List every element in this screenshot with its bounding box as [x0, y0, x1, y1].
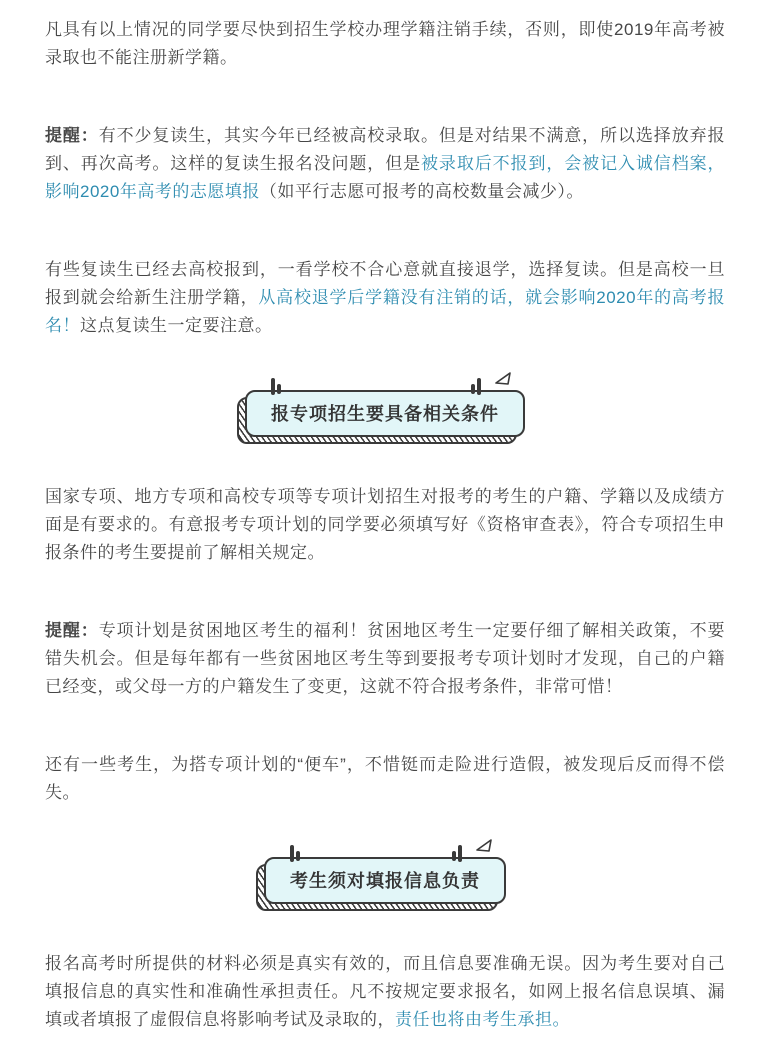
text-run-highlight: 责任也将由考生承担。 [395, 1010, 570, 1029]
paragraph-truthful-info-responsibility: 报名高考时所提供的材料必须是真实有效的，而且信息要准确无误。因为考生要对自己填报… [45, 950, 725, 1034]
paragraph-special-plan-requirements: 国家专项、地方专项和高校专项等专项计划招生对报考的考生的户籍、学籍以及成绩方面是… [45, 483, 725, 567]
paragraph-reminder-poor-area: 提醒：专项计划是贫困地区考生的福利！贫困地区考生一定要仔细了解相关政策，不要错失… [45, 617, 725, 701]
pin-bar-icon [277, 384, 281, 394]
section-banner-info-responsibility: 考生须对填报信息负责 [45, 857, 725, 904]
pin-left-icon [290, 845, 300, 862]
text-run-normal: 国家专项、地方专项和高校专项等专项计划招生对报考的考生的户籍、学籍以及成绩方面是… [45, 487, 725, 562]
banner-frame: 报专项招生要具备相关条件 [245, 390, 525, 437]
text-run-normal: （如平行志愿可报考的高校数量会减少）。 [260, 182, 584, 201]
pin-bar-icon [471, 384, 475, 394]
pin-right-icon [471, 378, 481, 395]
paragraph-fraud-warning: 还有一些考生，为搭专项计划的“便车”，不惜铤而走险进行造假，被发现后反而得不偿失… [45, 751, 725, 807]
banner-title: 考生须对填报信息负责 [264, 857, 506, 904]
text-run-normal: 报名高考时所提供的材料必须是真实有效的，而且信息要准确无误。因为考生要对自己填报… [45, 954, 725, 1029]
pin-bar-icon [452, 851, 456, 861]
section-banner-special-enrollment: 报专项招生要具备相关条件 [45, 390, 725, 437]
pin-right-icon [452, 845, 462, 862]
text-run-normal: 这点复读生一定要注意。 [80, 316, 273, 335]
article-body: 凡具有以上情况的同学要尽快到招生学校办理学籍注销手续，否则，即使2019年高考被… [45, 16, 725, 1034]
pin-bar-icon [458, 845, 462, 862]
text-run-normal: 专项计划是贫困地区考生的福利！贫困地区考生一定要仔细了解相关政策，不要错失机会。… [45, 621, 725, 696]
paragraph-reminder-repeat-students: 提醒：有不少复读生，其实今年已经被高校录取。但是对结果不满意，所以选择放弃报到、… [45, 122, 725, 206]
triangle-flag-icon [493, 371, 513, 388]
pin-left-icon [271, 378, 281, 395]
paragraph-cancel-registration: 凡具有以上情况的同学要尽快到招生学校办理学籍注销手续，否则，即使2019年高考被… [45, 16, 725, 72]
text-run-normal: 还有一些考生，为搭专项计划的“便车”，不惜铤而走险进行造假，被发现后反而得不偿失… [45, 755, 725, 802]
text-run-normal: 凡具有以上情况的同学要尽快到招生学校办理学籍注销手续，否则，即使2019年高考被… [45, 20, 725, 67]
text-run-bold: 提醒： [45, 621, 99, 640]
banner-title: 报专项招生要具备相关条件 [245, 390, 525, 437]
pin-bar-icon [477, 378, 481, 395]
banner-frame: 考生须对填报信息负责 [264, 857, 506, 904]
triangle-flag-icon [474, 838, 494, 855]
pin-bar-icon [271, 378, 275, 395]
paragraph-quit-school-warning: 有些复读生已经去高校报到，一看学校不合心意就直接退学，选择复读。但是高校一旦报到… [45, 256, 725, 340]
pin-bar-icon [296, 851, 300, 861]
text-run-bold: 提醒： [45, 126, 99, 145]
pin-bar-icon [290, 845, 294, 862]
